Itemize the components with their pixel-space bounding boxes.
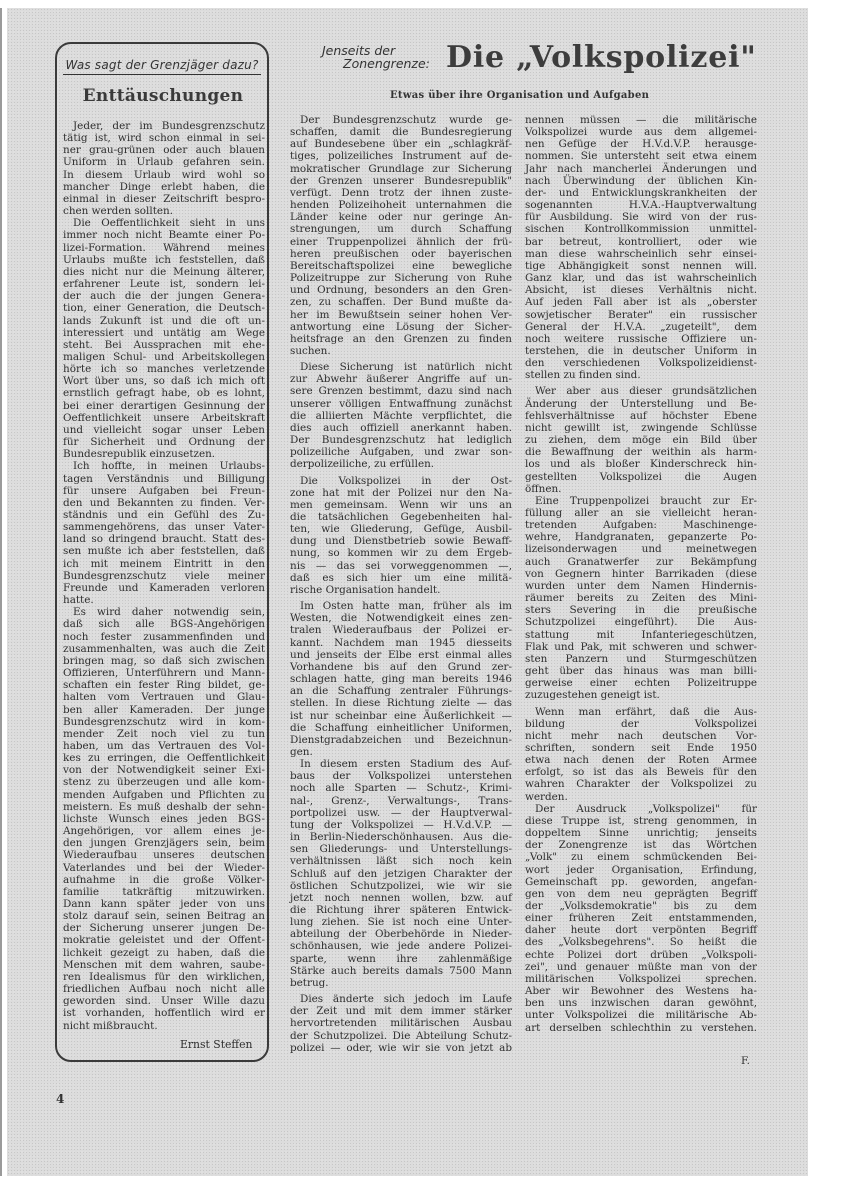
- text-line: wehre, Handgranaten, gepanzerte Po-: [525, 531, 757, 543]
- text-line: der Grenzen unserer Bundesrepublik": [290, 175, 512, 187]
- text-line: her im Bewußtsein seiner hohen Ver-: [290, 309, 512, 321]
- text-line: betrug.: [290, 977, 512, 989]
- text-line: Volkspolizei wurde aus dem allgemei-: [525, 126, 757, 138]
- text-line: erfahrener Leute ist, sondern lei-: [63, 278, 265, 290]
- text-line: sowjetischer Berater" ein russischer: [525, 309, 757, 321]
- text-line: Gemeinschaft pp. geworden, angefan-: [525, 876, 757, 888]
- text-line: stellen zu finden sind.: [525, 369, 757, 381]
- text-line: terstehen, die in deutscher Uniform in: [525, 345, 757, 357]
- text-line: Diese Sicherung ist natürlich nicht: [290, 361, 512, 373]
- text-line: Jahr nach mancherlei Änderungen und: [525, 163, 757, 175]
- text-line: kannt. Nachdem man 1945 diesseits: [290, 637, 512, 649]
- text-line: bildung der Volkspolizei: [525, 718, 757, 730]
- text-line: die alliierten Mächte verpflichtet, die: [290, 410, 512, 422]
- text-line: sen Gliederungs- und Unterstellungs-: [290, 843, 512, 855]
- text-line: lung ziehen. Sie ist noch eine Unter-: [290, 916, 512, 928]
- text-line: einer früheren Zeit entstammenden,: [525, 912, 757, 924]
- text-line: Im Osten hatte man, früher als im: [290, 600, 512, 612]
- text-line: maligen Schul- und Arbeitskollegen: [63, 351, 265, 363]
- text-line: sen mußte ich aber feststellen, daß: [63, 545, 265, 557]
- text-line: unserer völligen Entwaffnung zunächst: [290, 398, 512, 410]
- text-line: militärischen Volkspolizei sprechen.: [525, 973, 757, 985]
- text-line: Uniform in Urlaub gefahren sein.: [63, 156, 265, 168]
- text-line: Der Bundesgrenzschutz wurde ge-: [290, 114, 512, 126]
- text-line: an die Schaffung zentraler Führungs-: [290, 685, 512, 697]
- text-line: zur Abwehr äußerer Angriffe auf un-: [290, 373, 512, 385]
- text-line: tion, einer Generation, die Deutsch-: [63, 302, 265, 314]
- text-line: die Bewaffnung der weithin als harm-: [525, 446, 757, 458]
- text-line: geworden sind. Unser Wille dazu: [63, 995, 265, 1007]
- text-line: der Schutzpolizei. Die Abteilung Schutz-: [290, 1030, 512, 1042]
- text-line: wort jeder Organisation, Erfindung,: [525, 864, 757, 876]
- text-line: sparte, wenn ihre zahlenmäßige: [290, 953, 512, 965]
- text-line: Westen, die Notwendigkeit eines zen-: [290, 612, 512, 624]
- sidebar-article-author: Ernst Steffen: [180, 1038, 252, 1051]
- text-line: östlichen Schutzpolizei, wie wir sie: [290, 880, 512, 892]
- text-line: art derselben schlechthin zu verstehen.: [525, 1022, 757, 1034]
- text-line: land so dringend braucht. Statt des-: [63, 533, 265, 545]
- text-line: In diesem Urlaub wird wohl so: [63, 169, 265, 181]
- text-line: ten, wie Gliederung, Gefüge, Ausbil-: [290, 523, 512, 535]
- text-line: antwortung eine Lösung der Sicher-: [290, 321, 512, 333]
- headline-prefix-line2: Zonengrenze:: [343, 57, 430, 70]
- text-line: haben, um das Vertrauen des Vol-: [63, 740, 265, 752]
- text-line: mokratischer Grundlage zur Sicherung: [290, 163, 512, 175]
- text-line: ist vorhanden, hoffentlich wird er: [63, 1007, 265, 1019]
- text-line: nommen. Sie untersteht seit etwa einem: [525, 150, 757, 162]
- text-line: schaften ein fester Ring bildet, ge-: [63, 679, 265, 691]
- text-line: tagen Verständnis und Billigung: [63, 473, 265, 485]
- text-line: und Ordnung, besonders an den Gren-: [290, 284, 512, 296]
- text-line: interessiert und untätig am Wege: [63, 327, 265, 339]
- text-line: Es wird daher notwendig sein,: [63, 606, 265, 618]
- text-line: doppeltem Sinne unrichtig; jenseits: [525, 827, 757, 839]
- text-line: schriften, sondern seit Ende 1950: [525, 742, 757, 754]
- text-line: Dienstgradabzeichen und Bezeichnun-: [290, 734, 512, 746]
- text-line: lichkeit gezeigt zu haben, daß die: [63, 947, 265, 959]
- text-line: füllung aller an sie vielleicht heran-: [525, 507, 757, 519]
- main-article-column-2: nennen müssen — die militärischeVolkspol…: [525, 114, 757, 1034]
- text-line: bei einer derartigen Gesinnung der: [63, 400, 265, 412]
- text-line: halten vom Vertrauen und Glau-: [63, 691, 265, 703]
- text-line: wurden unter dem Namen Hindernis-: [525, 580, 757, 592]
- text-line: Wiederaufbau unseres deutschen: [63, 849, 265, 861]
- text-line: der auch die der jungen Genera-: [63, 290, 265, 302]
- text-line: die Schaffung einheitlicher Uniformen,: [290, 722, 512, 734]
- text-line: zu ziehen, dem möge ein Bild über: [525, 434, 757, 446]
- text-line: dung und Dienstbetrieb sowie Bewaff-: [290, 535, 512, 547]
- text-line: chen werden sollten.: [63, 205, 265, 217]
- text-line: noch fester zusammenfinden und: [63, 631, 265, 643]
- text-line: der- und Entwicklungskrankheiten der: [525, 187, 757, 199]
- text-line: menden Aufgaben und Pflichten zu: [63, 789, 265, 801]
- main-subheadline: Etwas über ihre Organisation und Aufgabe…: [390, 90, 649, 101]
- text-line: schaffen, damit die Bundesregierung: [290, 126, 512, 138]
- text-line: zone hat mit der Polizei nur den Na-: [290, 487, 512, 499]
- text-line: ich mit meinem Eintritt in den: [63, 558, 265, 570]
- text-line: erfolgt, so ist das als Beweis für den: [525, 766, 757, 778]
- text-line: nicht mißbraucht.: [63, 1020, 265, 1032]
- text-line: für Sicherheit und Ordnung der: [63, 436, 265, 448]
- text-line: sogenannten H.V.A.-Hauptverwaltung: [525, 199, 757, 211]
- text-line: nung, so kommen wir zu dem Ergeb-: [290, 547, 512, 559]
- text-line: hatte.: [63, 594, 265, 606]
- text-line: Aber wir Bewohner des Westens ha-: [525, 985, 757, 997]
- text-line: Eine Truppenpolizei braucht zur Er-: [525, 495, 757, 507]
- main-article-column-1: Der Bundesgrenzschutz wurde ge-schaffen,…: [290, 114, 512, 1054]
- text-line: nach Überwindung der üblichen Kin-: [525, 175, 757, 187]
- text-line: polizei — oder, wie wir sie von jetzt ab: [290, 1042, 512, 1054]
- text-line: fehlsverhältnisse auf höchster Ebene: [525, 410, 757, 422]
- text-line: Freunde und Kameraden verloren: [63, 582, 265, 594]
- text-line: jetzt noch nennen wollen, bzw. auf: [290, 892, 512, 904]
- text-line: abteilung der Oberbehörde in Nieder-: [290, 928, 512, 940]
- text-line: schönhausen, wie jede andere Polizei-: [290, 940, 512, 952]
- text-line: gen.: [290, 746, 512, 758]
- text-line: Oeffentlichkeit unsere Arbeitskraft: [63, 412, 265, 424]
- text-line: portpolizei usw. — der Hauptverwal-: [290, 807, 512, 819]
- text-line: nis — das sei vorweggenommen —,: [290, 560, 512, 572]
- text-line: geht über das hinaus was man billi-: [525, 665, 757, 677]
- text-line: mender Zeit noch viel zu tun: [63, 728, 265, 740]
- text-line: in Berlin-Niederschönhausen. Aus die-: [290, 831, 512, 843]
- text-line: daß es sich hier um eine militä-: [290, 572, 512, 584]
- text-line: stolz darauf sein, seinen Beitrag an: [63, 910, 265, 922]
- text-line: polizeiliche Aufgaben, und zwar son-: [290, 446, 512, 458]
- text-line: Stärke auch bereits damals 7500 Mann: [290, 965, 512, 977]
- text-line: tretenden Aufgaben: Maschinenge-: [525, 519, 757, 531]
- text-line: nennen müssen — die militärische: [525, 114, 757, 126]
- text-line: die tatsächlichen Gegebenheiten hal-: [290, 511, 512, 523]
- text-line: Dies änderte sich jedoch im Laufe: [290, 993, 512, 1005]
- text-line: Der Bundesgrenzschutz hat lediglich: [290, 434, 512, 446]
- text-line: und vielleicht sogar unser Leben: [63, 424, 265, 436]
- text-line: heitsfrage an den Grenzen zu finden: [290, 333, 512, 345]
- text-line: verhältnissen läßt sich noch kein: [290, 855, 512, 867]
- text-line: der Zeit und mit dem immer stärker: [290, 1005, 512, 1017]
- text-line: etwa nach denen der Roten Armee: [525, 754, 757, 766]
- text-line: lands Zukunft ist und die oft un-: [63, 315, 265, 327]
- text-line: Dann kann später jeder von uns: [63, 898, 265, 910]
- sidebar-kicker: Was sagt der Grenzjäger dazu?: [63, 58, 261, 75]
- text-line: des „Volksbegehrens". So heißt die: [525, 936, 757, 948]
- text-line: zen, zu schaffen. Der Bund mußte da-: [290, 296, 512, 308]
- text-line: Polizeitruppe zur Sicherung von Ruhe: [290, 272, 512, 284]
- text-line: sere Grenzen bestimmt, dazu sind nach: [290, 385, 512, 397]
- text-line: den verschiedenen Volkspolizeidienst-: [525, 357, 757, 369]
- text-line: nicht mehr nach deutschen Vor-: [525, 730, 757, 742]
- text-line: einmal in dieser Zeitschrift bespro-: [63, 193, 265, 205]
- text-line: werden.: [525, 791, 757, 803]
- text-line: lizeisonderwagen und meinetwegen: [525, 543, 757, 555]
- text-line: daß sich alle BGS-Angehörigen: [63, 618, 265, 630]
- text-line: einer Truppenpolizei ähnlich der frü-: [290, 236, 512, 248]
- text-line: Auf jeden Fall aber ist als „oberster: [525, 296, 757, 308]
- main-headline: Die „Volkspolizei": [446, 40, 757, 75]
- text-line: Menschen mit dem wahren, saube-: [63, 959, 265, 971]
- text-line: gerweise einer echten Polizeitruppe: [525, 677, 757, 689]
- text-line: Wenn man erfährt, daß die Aus-: [525, 706, 757, 718]
- text-line: Wer aber aus dieser grundsätzlichen: [525, 385, 757, 397]
- text-line: unter Volkspolizei die militärische Ab-: [525, 1009, 757, 1021]
- text-line: meistern. Es muß deshalb der sehn-: [63, 801, 265, 813]
- text-line: sischen Kontrollkommission unmittel-: [525, 223, 757, 235]
- text-line: Offizieren, Unterführern und Mann-: [63, 667, 265, 679]
- text-line: familie tatkräftig mitzuwirken.: [63, 886, 265, 898]
- text-line: heren preußischen oder bayerischen: [290, 248, 512, 260]
- text-line: In diesem ersten Stadium des Auf-: [290, 758, 512, 770]
- text-line: dies nicht nur die Meinung älterer,: [63, 266, 265, 278]
- text-line: Angehörigen, vor allem eines je-: [63, 825, 265, 837]
- text-line: Bundesgrenzschutz wird in kom-: [63, 716, 265, 728]
- text-line: echte Polizei dort drüben „Volkspoli-: [525, 949, 757, 961]
- text-line: Länder keine oder nur geringe An-: [290, 211, 512, 223]
- text-line: den und Bekannten zu finden. Ver-: [63, 497, 265, 509]
- text-line: Bundesrepublik einzusetzen.: [63, 448, 265, 460]
- page-number: 4: [56, 1092, 64, 1106]
- main-article-author-initial: F.: [741, 1055, 750, 1067]
- text-line: daher heute dort verpönten Begriff: [525, 924, 757, 936]
- text-line: nal-, Grenz-, Verwaltungs-, Trans-: [290, 795, 512, 807]
- text-line: General der H.V.A. „zugeteilt", dem: [525, 321, 757, 333]
- text-line: zusammenhalten, was auch die Zeit: [63, 643, 265, 655]
- text-line: aufnahme in die große Völker-: [63, 874, 265, 886]
- text-line: Bundesgrenzschutz viele meiner: [63, 570, 265, 582]
- text-line: Ich hoffte, in meinen Urlaubs-: [63, 460, 265, 472]
- text-line: auf Bundesebene über ein „schlagkräf-: [290, 138, 512, 150]
- text-line: Der Ausdruck „Volkspolizei" für: [525, 803, 757, 815]
- text-line: der „Volksdemokratie" bis zu dem: [525, 900, 757, 912]
- text-line: derpolizeiliche, zu erfüllen.: [290, 458, 512, 470]
- text-line: Vaterlandes und bei der Wieder-: [63, 862, 265, 874]
- text-line: ren Idealismus für den wirklichen,: [63, 971, 265, 983]
- text-line: öffnen.: [525, 483, 757, 495]
- text-line: gestellten Volkspolizei die Augen: [525, 471, 757, 483]
- text-line: lizei-Formation. Während meines: [63, 242, 265, 254]
- text-line: noch weitere russische Offiziere un-: [525, 333, 757, 345]
- text-line: hervortretenden militärischen Ausbau: [290, 1017, 512, 1029]
- text-line: ist nur scheinbar eine Äußerlichkeit —: [290, 710, 512, 722]
- text-line: stenz zu überzeugen und alle kom-: [63, 776, 265, 788]
- text-line: Urlaubs mußte ich feststellen, daß: [63, 254, 265, 266]
- text-line: kes zu erringen, die Oeffentlichkeit: [63, 752, 265, 764]
- text-line: ner grau-grünen oder auch blauen: [63, 144, 265, 156]
- text-line: friedlichen Aufbau noch nicht alle: [63, 983, 265, 995]
- text-line: ben uns inzwischen daran gewöhnt,: [525, 997, 757, 1009]
- text-line: stattung mit Infanteriegeschützen,: [525, 629, 757, 641]
- text-line: schlagen hatte, ging man bereits 1946: [290, 673, 512, 685]
- text-line: den jungen Grenzjägers sein, beim: [63, 837, 265, 849]
- text-line: tiges, polizeiliches Instrument auf de-: [290, 150, 512, 162]
- text-line: Ganz klar, und das ist wahrscheinlich: [525, 272, 757, 284]
- text-line: der Zonengrenze ist das Wörtchen: [525, 839, 757, 851]
- text-line: noch alle Sparten — Schutz-, Krimi-: [290, 782, 512, 794]
- scan-edge: [0, 8, 2, 1176]
- text-line: men gemeinsam. Wenn wir uns an: [290, 499, 512, 511]
- text-line: auch Granatwerfer zur Bekämpfung: [525, 556, 757, 568]
- text-line: und jenseits der Elbe erst einmal alles: [290, 649, 512, 661]
- text-line: der Sicherung unserer jungen De-: [63, 922, 265, 934]
- text-line: Änderung der Unterstellung und Be-: [525, 398, 757, 410]
- text-line: Schutzpolizei eingeführt). Die Aus-: [525, 616, 757, 628]
- sidebar-article-body: Jeder, der im Bundesgrenzschutztätig ist…: [63, 120, 265, 1032]
- text-line: für Ausbildung. Sie wird von der rus-: [525, 211, 757, 223]
- text-line: mancher Dinge erlebt haben, die: [63, 181, 265, 193]
- text-line: nen Gefüge der H.V.d.V.P. herausge-: [525, 138, 757, 150]
- text-line: steht. Bei Aussprachen mit ehe-: [63, 339, 265, 351]
- text-line: zei", und genauer müßte man von der: [525, 961, 757, 973]
- text-line: ernstlich gefragt habe, ob es lohnt,: [63, 387, 265, 399]
- text-line: räumer bereits zu Zeiten des Mini-: [525, 592, 757, 604]
- text-line: tung der Volkspolizei — H.V.d.V.P. —: [290, 819, 512, 831]
- text-line: Absicht, ist dieses Verhältnis nicht.: [525, 284, 757, 296]
- sidebar-article-title: Enttäuschungen: [60, 86, 266, 106]
- text-line: baus der Volkspolizei unterstehen: [290, 770, 512, 782]
- text-line: rische Organisation handelt.: [290, 584, 512, 596]
- text-line: man diese wahrscheinlich sehr einsei-: [525, 248, 757, 260]
- text-line: gen von dem neu geprägten Begriff: [525, 888, 757, 900]
- text-line: los und als bloßer Kinderschreck hin-: [525, 458, 757, 470]
- text-line: „Volk" zu einem schmückenden Bei-: [525, 851, 757, 863]
- text-line: suchen.: [290, 345, 512, 357]
- text-line: immer noch nicht Beamte einer Po-: [63, 229, 265, 241]
- text-line: die Richtung ihrer späteren Entwick-: [290, 904, 512, 916]
- text-line: Schluß auf den jetzigen Charakter der: [290, 868, 512, 880]
- text-line: hörte ich so manches verletzende: [63, 363, 265, 375]
- text-line: Die Volkspolizei in der Ost-: [290, 475, 512, 487]
- text-line: bar betreut, kontrolliert, oder wie: [525, 236, 757, 248]
- text-line: von Gegnern hinter Barrikaden (diese: [525, 568, 757, 580]
- text-line: sten Panzern und Sturmgeschützen: [525, 653, 757, 665]
- text-line: tralen Wiederaufbaus der Polizei er-: [290, 624, 512, 636]
- text-line: von der Notwendigkeit seiner Exi-: [63, 764, 265, 776]
- text-line: Die Oeffentlichkeit sieht in uns: [63, 217, 265, 229]
- text-line: strengungen, um durch Schaffung: [290, 223, 512, 235]
- text-line: Vorhandene bis auf den Grund zer-: [290, 661, 512, 673]
- text-line: Jeder, der im Bundesgrenzschutz: [63, 120, 265, 132]
- text-line: diese Truppe ist, streng genommen, in: [525, 815, 757, 827]
- text-line: tätig ist, wird schon einmal in sei-: [63, 132, 265, 144]
- text-line: henden Polizeihoheit unternahmen die: [290, 199, 512, 211]
- text-line: sters Severing in die preußische: [525, 604, 757, 616]
- text-line: dies auch offiziell anerkannt haben.: [290, 422, 512, 434]
- text-line: Wort über uns, so daß ich mich oft: [63, 375, 265, 387]
- text-line: Bereitschaftspolizei eine bewegliche: [290, 260, 512, 272]
- text-line: ben aller Kameraden. Der junge: [63, 704, 265, 716]
- text-line: zuzugestehen geneigt ist.: [525, 689, 757, 701]
- text-line: bringen mag, so daß sich zwischen: [63, 655, 265, 667]
- text-line: lichste Wunsch eines jeden BGS-: [63, 813, 265, 825]
- text-line: verfügt. Denn trotz der ihnen zuste-: [290, 187, 512, 199]
- text-line: tige Abhängigkeit sonst nennen will.: [525, 260, 757, 272]
- text-line: mokratie geleistet und der Offent-: [63, 934, 265, 946]
- text-line: nicht gewillt ist, zwingende Schlüsse: [525, 422, 757, 434]
- text-line: ständnis und ein Gefühl des Zu-: [63, 509, 265, 521]
- text-line: Flak und Pak, mit schweren und schwer-: [525, 641, 757, 653]
- text-line: stellen. In diese Richtung zielte — das: [290, 697, 512, 709]
- text-line: für unsere Aufgaben bei Freun-: [63, 485, 265, 497]
- text-line: sammengehörens, das unser Vater-: [63, 521, 265, 533]
- text-line: wahren Charakter der Volkspolizei zu: [525, 778, 757, 790]
